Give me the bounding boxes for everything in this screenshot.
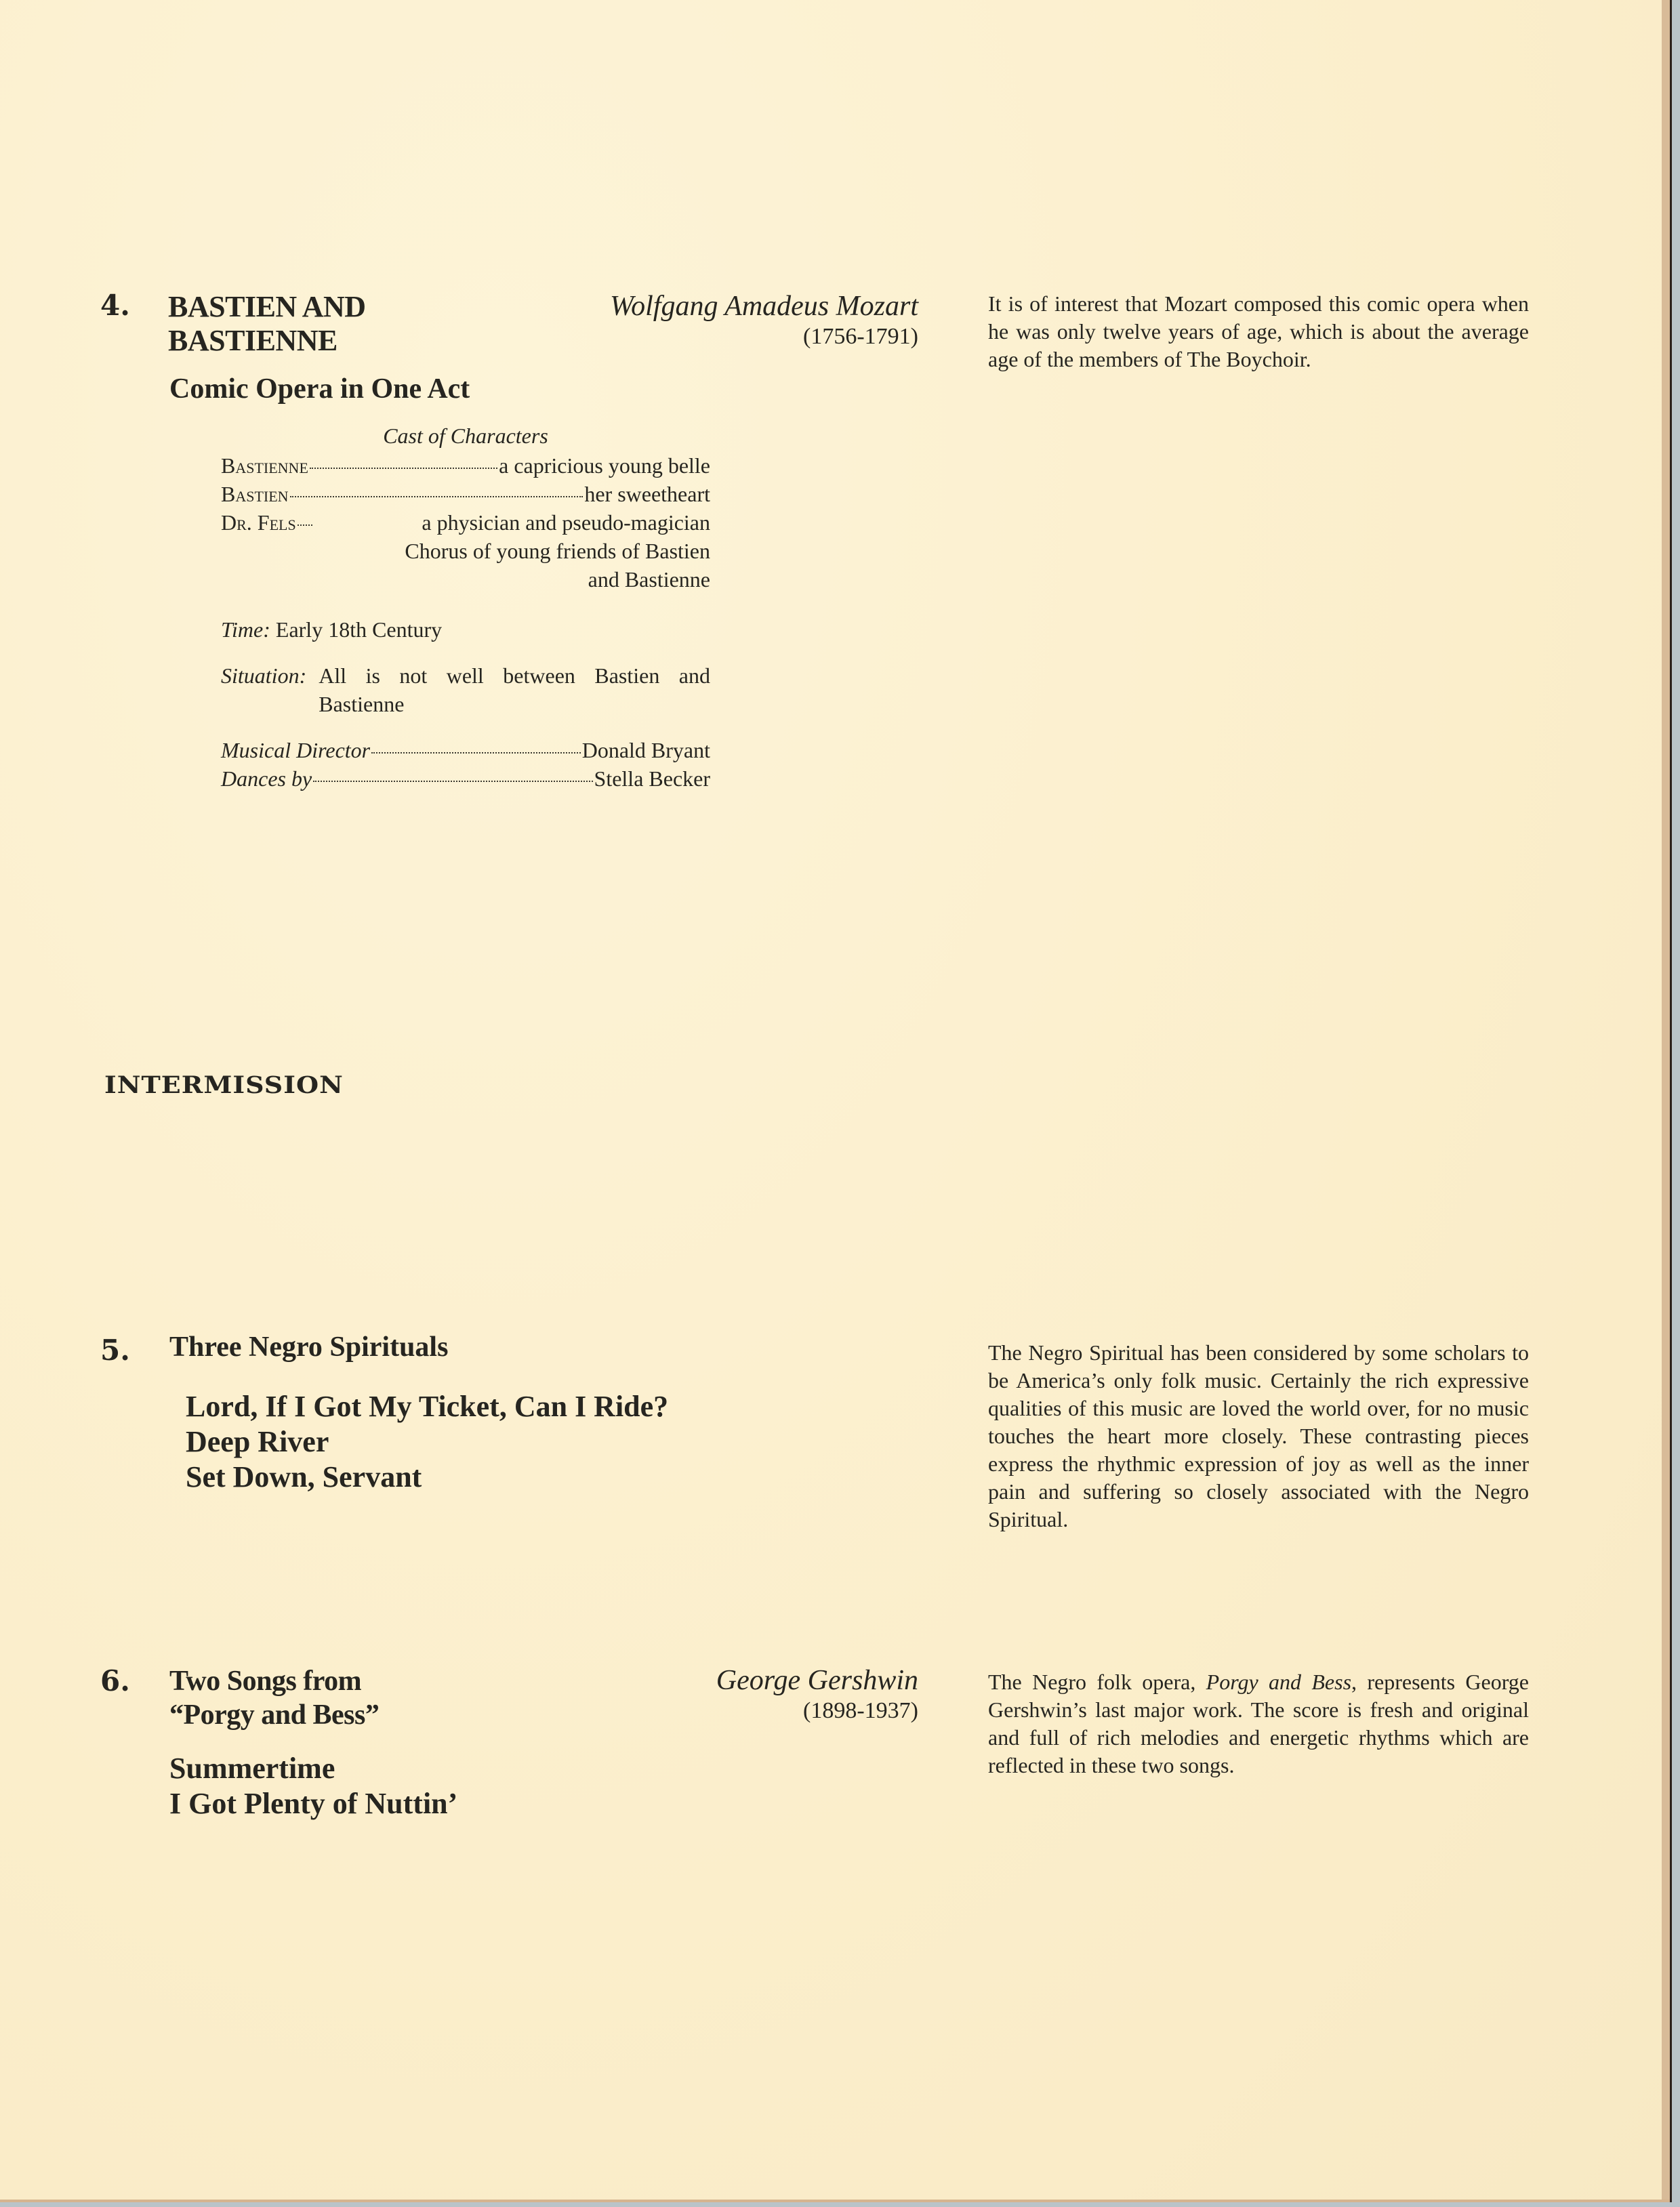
cast-chorus-line-2: and Bastienne xyxy=(221,565,710,594)
item-4-composer-block: Wolfgang Amadeus Mozart (1756-1791) xyxy=(529,290,918,351)
cast-role: Bastienne xyxy=(221,451,308,480)
item-4-composer-dates: (1756-1791) xyxy=(529,323,918,351)
song-title: I Got Plenty of Nuttin’ xyxy=(169,1786,457,1821)
page-edge xyxy=(1662,0,1670,2202)
credit-row: Musical Director Donald Bryant xyxy=(221,736,710,764)
cast-heading: Cast of Characters xyxy=(221,420,710,451)
item-5-title: Three Negro Spirituals xyxy=(169,1331,448,1363)
item-4-title-line-1: BASTIEN AND xyxy=(168,290,366,324)
credit-row: Dances by Stella Becker xyxy=(221,764,710,793)
song-title: Summertime xyxy=(169,1751,457,1786)
item-4-title: BASTIEN AND BASTIENNE xyxy=(168,290,366,358)
cast-description: a capricious young belle xyxy=(499,451,710,480)
item-6-title-line-2: “Porgy and Bess” xyxy=(169,1698,379,1732)
item-6-song-list: Summertime I Got Plenty of Nuttin’ xyxy=(169,1751,457,1821)
item-4-title-line-2: BASTIENNE xyxy=(168,324,366,358)
time-value: Early 18th Century xyxy=(276,617,442,642)
cast-row: Bastien her sweetheart xyxy=(221,480,710,508)
item-6-note-work-title: Porgy and Bess xyxy=(1206,1670,1351,1694)
leader-dots xyxy=(290,496,583,497)
item-4-number: 4. xyxy=(100,289,130,322)
item-5-song-list: Lord, If I Got My Ticket, Can I Ride? De… xyxy=(186,1389,668,1495)
cast-role: Bastien xyxy=(221,480,289,508)
situation-label: Situation: xyxy=(221,661,319,718)
leader-dots xyxy=(371,752,581,754)
page-edge-shadow xyxy=(1670,0,1672,2202)
song-title: Set Down, Servant xyxy=(186,1460,668,1495)
cast-row: Dr. Fels a physician and pseudo-magician xyxy=(221,508,710,537)
cast-role: Dr. Fels xyxy=(221,508,296,537)
item-4-subtitle: Comic Opera in One Act xyxy=(169,373,470,405)
item-6-title: Two Songs from “Porgy and Bess” xyxy=(169,1664,379,1732)
cast-block: Cast of Characters Bastienne a capriciou… xyxy=(221,420,710,594)
item-6-note: The Negro folk opera, Porgy and Bess, re… xyxy=(988,1668,1529,1779)
item-6-title-line-1: Two Songs from xyxy=(169,1664,379,1698)
page-edge-bottom xyxy=(0,2200,1670,2202)
intermission-heading: INTERMISSION xyxy=(104,1071,344,1098)
item-6-composer: George Gershwin xyxy=(610,1664,918,1697)
situation-value: All is not well between Bastien and Bast… xyxy=(319,661,710,718)
leader-dots xyxy=(298,524,312,526)
situation-line: Situation: All is not well between Basti… xyxy=(221,661,710,718)
credit-name: Stella Becker xyxy=(594,764,710,793)
cast-description: a physician and pseudo-magician xyxy=(314,508,710,537)
cast-description: her sweetheart xyxy=(584,480,710,508)
item-5-note: The Negro Spiritual has been considered … xyxy=(988,1339,1529,1533)
time-label: Time: xyxy=(221,617,270,642)
item-4-composer: Wolfgang Amadeus Mozart xyxy=(529,290,918,323)
cast-row: Bastienne a capricious young belle xyxy=(221,451,710,480)
item-6-note-start: The Negro folk opera, xyxy=(988,1670,1206,1694)
credits-block: Musical Director Donald Bryant Dances by… xyxy=(221,736,710,793)
song-title: Lord, If I Got My Ticket, Can I Ride? xyxy=(186,1389,668,1424)
song-title: Deep River xyxy=(186,1424,668,1460)
item-6-number: 6. xyxy=(100,1664,130,1697)
credit-label: Musical Director xyxy=(221,736,370,764)
leader-dots xyxy=(310,468,497,469)
credit-label: Dances by xyxy=(221,764,312,793)
item-6-composer-dates: (1898-1937) xyxy=(610,1697,918,1725)
item-4-note: It is of interest that Mozart composed t… xyxy=(988,290,1529,373)
credit-name: Donald Bryant xyxy=(582,736,710,764)
item-5-number: 5. xyxy=(100,1334,130,1367)
cast-chorus-line-1: Chorus of young friends of Bastien xyxy=(221,537,710,565)
leader-dots xyxy=(313,781,592,782)
item-6-composer-block: George Gershwin (1898-1937) xyxy=(610,1664,918,1725)
time-line: Time: Early 18th Century xyxy=(221,615,442,644)
program-page: 4. BASTIEN AND BASTIENNE Wolfgang Amadeu… xyxy=(0,0,1662,2202)
